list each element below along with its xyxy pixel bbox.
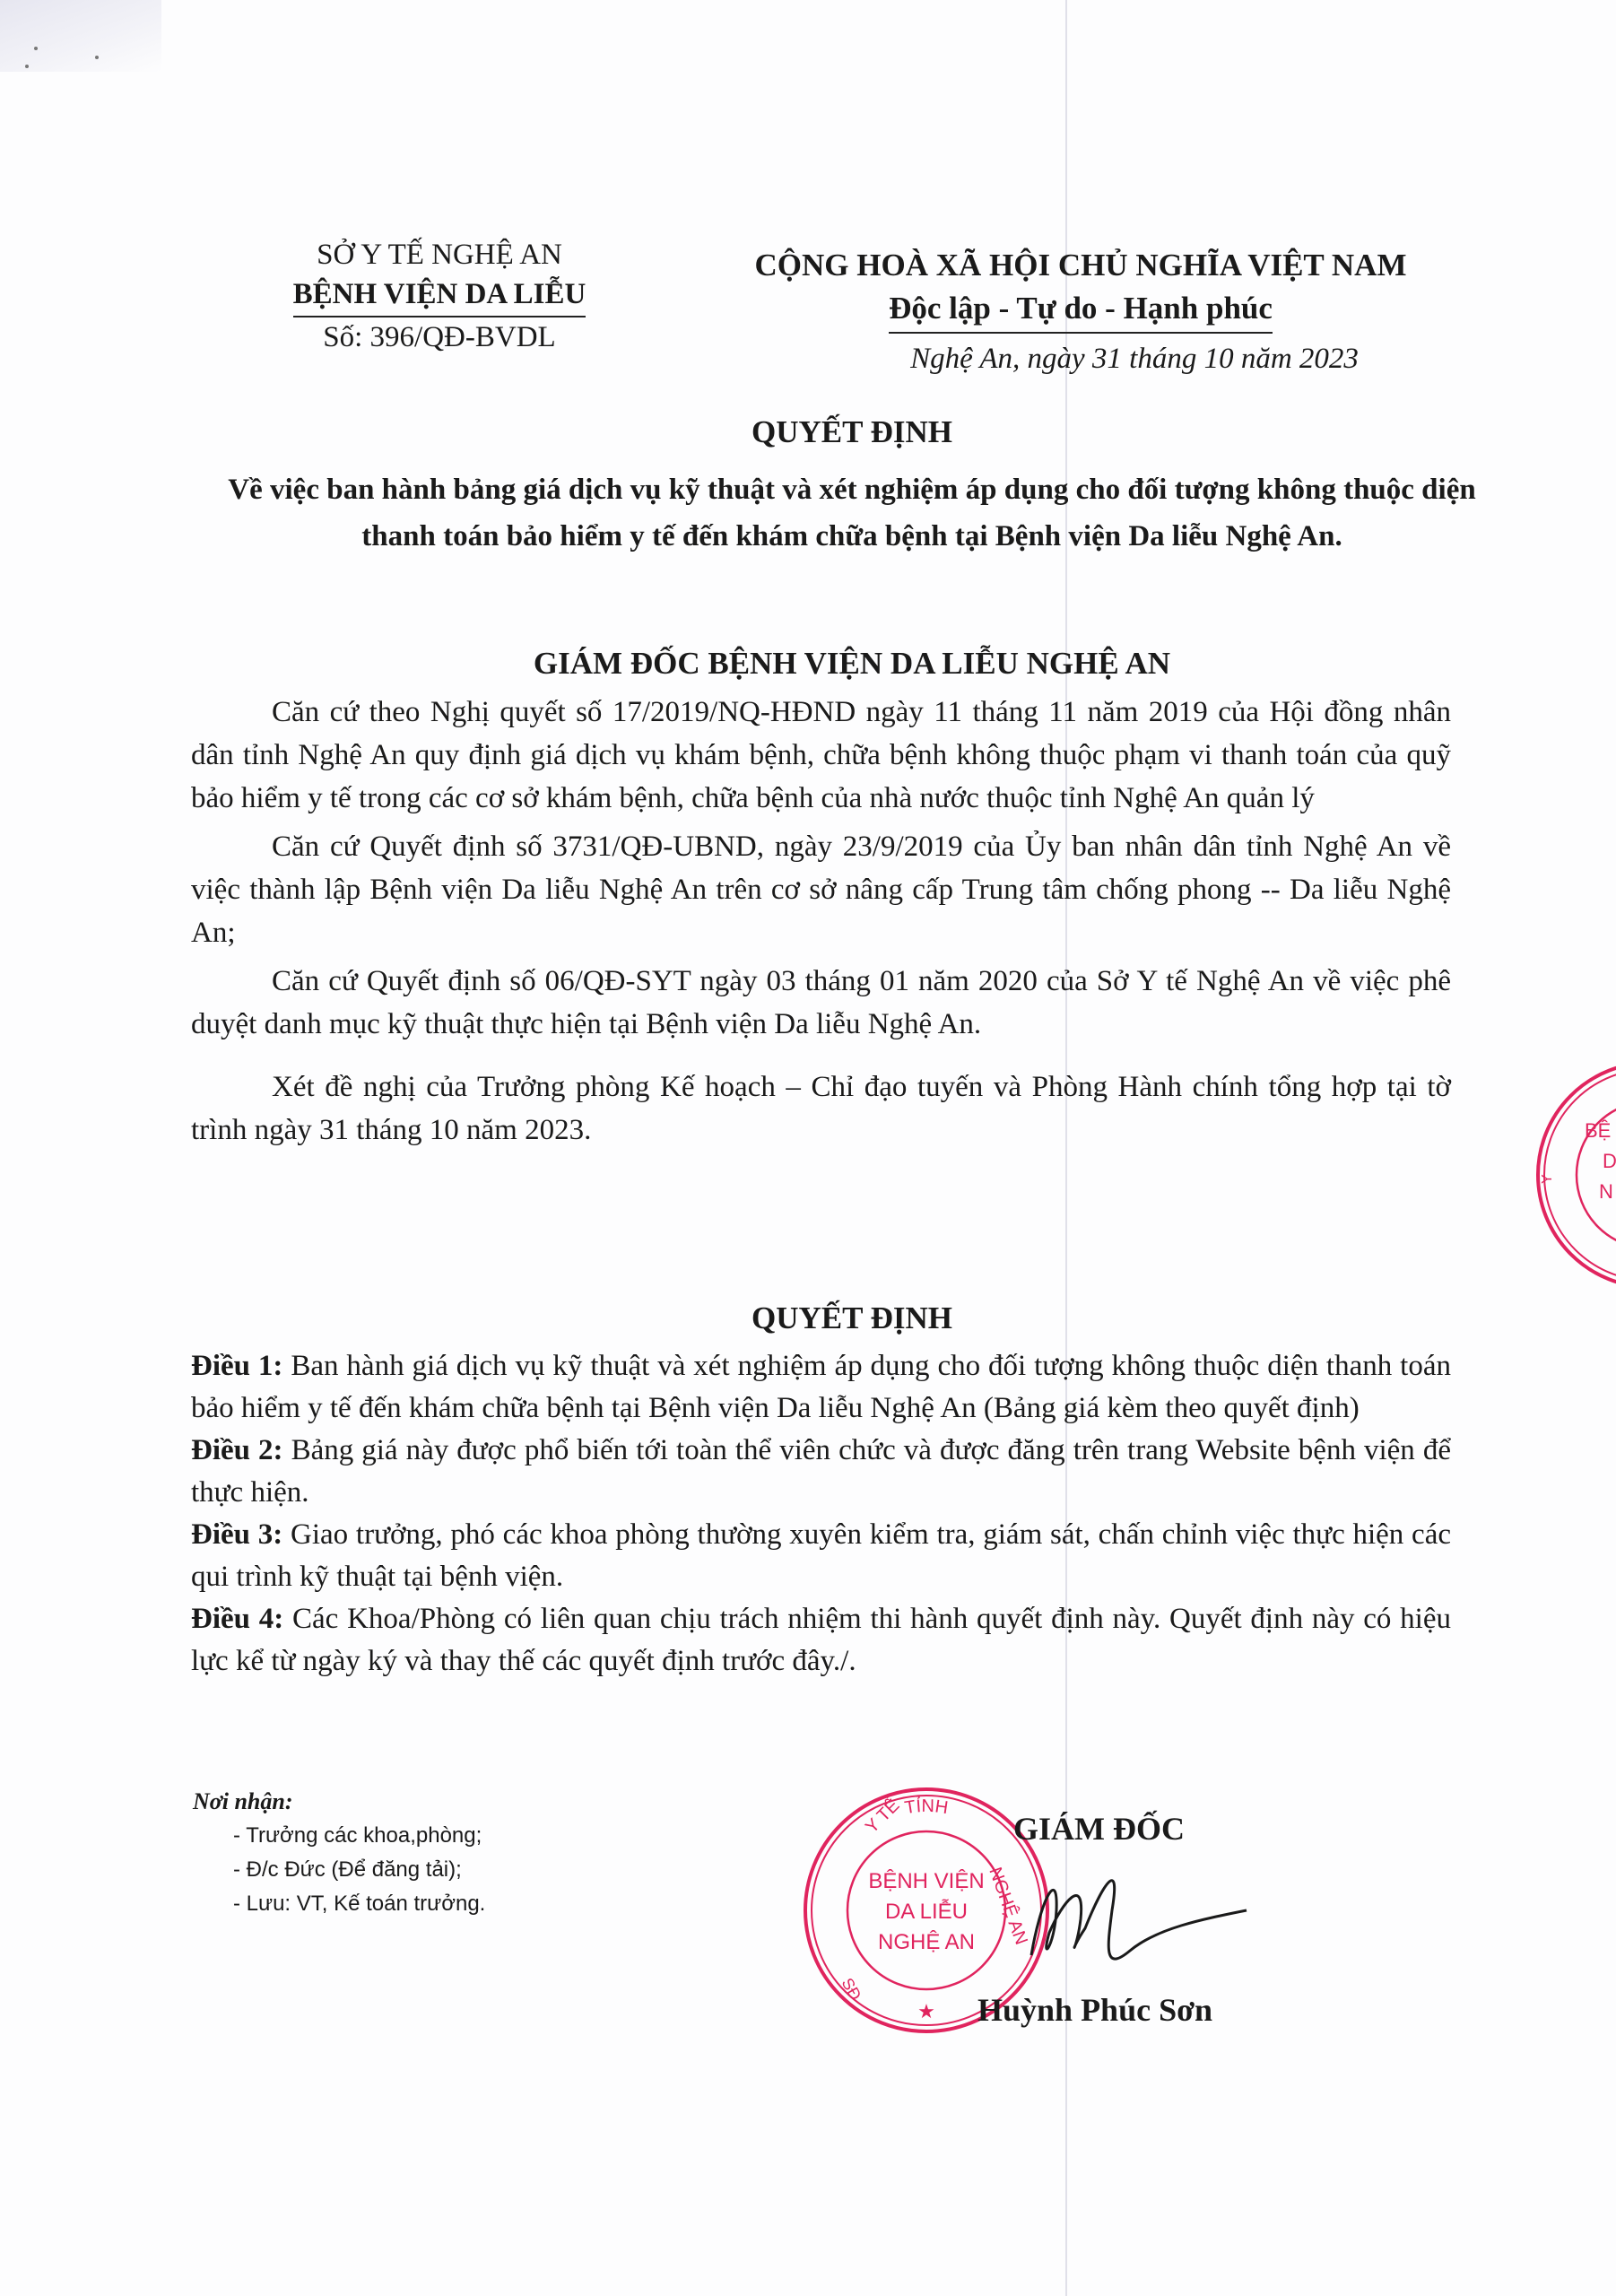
handwritten-signature bbox=[1022, 1848, 1255, 1982]
recipients-block: Nơi nhận: - Trưởng các khoa,phòng; - Đ/c… bbox=[193, 1785, 485, 1921]
scan-edge-shadow bbox=[0, 0, 161, 72]
national-header: CỘNG HOÀ XÃ HỘI CHỦ NGHĨA VIỆT NAM Độc l… bbox=[682, 244, 1480, 380]
preamble-paragraph: Căn cứ Quyết định số 06/QĐ-SYT ngày 03 t… bbox=[191, 960, 1451, 1046]
place-date: Nghệ An, ngày 31 tháng 10 năm 2023 bbox=[682, 337, 1480, 380]
scan-speck bbox=[34, 47, 38, 50]
svg-text:Y: Y bbox=[1540, 1174, 1555, 1184]
stamp-star-icon: ★ bbox=[917, 2000, 935, 2022]
recipient-item: - Lưu: VT, Kế toán trưởng. bbox=[193, 1887, 485, 1921]
recipient-item: - Đ/c Đức (Để đăng tải); bbox=[193, 1853, 485, 1887]
stamp-outer-left: Y TẾ bbox=[861, 1795, 903, 1837]
decision-heading: QUYẾT ĐỊNH bbox=[224, 1300, 1480, 1336]
article-1: Điều 1: Ban hành giá dịch vụ kỹ thuật và… bbox=[191, 1345, 1451, 1430]
document-subject: Về việc ban hành bảng giá dịch vụ kỹ thu… bbox=[224, 466, 1480, 560]
document-title: QUYẾT ĐỊNH bbox=[224, 414, 1480, 450]
agency-name: SỞ Y TẾ NGHỆ AN bbox=[233, 235, 646, 274]
svg-text:D: D bbox=[1603, 1150, 1616, 1172]
svg-text:BỆ: BỆ bbox=[1585, 1119, 1611, 1142]
svg-text:TỈNH: TỈNH bbox=[903, 1796, 949, 1818]
stamp-line-3: NGHỆ AN bbox=[878, 1930, 975, 1954]
partial-seal-stamp: BỆ D N Y bbox=[1529, 1058, 1616, 1291]
hospital-name: BỆNH VIỆN DA LIỄU bbox=[293, 274, 586, 317]
scan-speck bbox=[95, 56, 99, 59]
stamp-line-2: DA LIỄU bbox=[885, 1898, 968, 1924]
svg-text:N: N bbox=[1599, 1180, 1613, 1203]
issuer-block: SỞ Y TẾ NGHỆ AN BỆNH VIỆN DA LIỄU Số: 39… bbox=[233, 235, 646, 357]
scan-speck bbox=[25, 65, 29, 68]
national-motto: Độc lập - Tự do - Hạnh phúc bbox=[889, 287, 1273, 334]
preamble-paragraph: Căn cứ theo Nghị quyết số 17/2019/NQ-HĐN… bbox=[191, 691, 1451, 820]
recipient-item: - Trưởng các khoa,phòng; bbox=[193, 1819, 485, 1853]
recipients-label: Nơi nhận: bbox=[193, 1785, 485, 1819]
article-4: Điều 4: Các Khoa/Phòng có liên quan chịu… bbox=[191, 1598, 1451, 1683]
document-number: Số: 396/QĐ-BVDL bbox=[233, 317, 646, 357]
article-3: Điều 3: Giao trưởng, phó các khoa phòng … bbox=[191, 1514, 1451, 1598]
article-2: Điều 2: Bảng giá này được phổ biến tới t… bbox=[191, 1430, 1451, 1514]
articles: Điều 1: Ban hành giá dịch vụ kỹ thuật và… bbox=[191, 1345, 1451, 1683]
preamble-paragraph: Xét đề nghị của Trưởng phòng Kế hoạch – … bbox=[191, 1065, 1451, 1152]
preamble: Căn cứ theo Nghị quyết số 17/2019/NQ-HĐN… bbox=[191, 691, 1451, 1152]
signer-title: GIÁM ĐỐC bbox=[1013, 1810, 1185, 1848]
republic-name: CỘNG HOÀ XÃ HỘI CHỦ NGHĨA VIỆT NAM bbox=[682, 244, 1480, 287]
preamble-paragraph: Căn cứ Quyết định số 3731/QĐ-UBND, ngày … bbox=[191, 825, 1451, 954]
stamp-line-1: BỆNH VIỆN bbox=[868, 1869, 984, 1893]
signer-name: Huỳnh Phúc Sơn bbox=[977, 1991, 1212, 2029]
director-heading: GIÁM ĐỐC BỆNH VIỆN DA LIỄU NGHỆ AN bbox=[224, 646, 1480, 682]
